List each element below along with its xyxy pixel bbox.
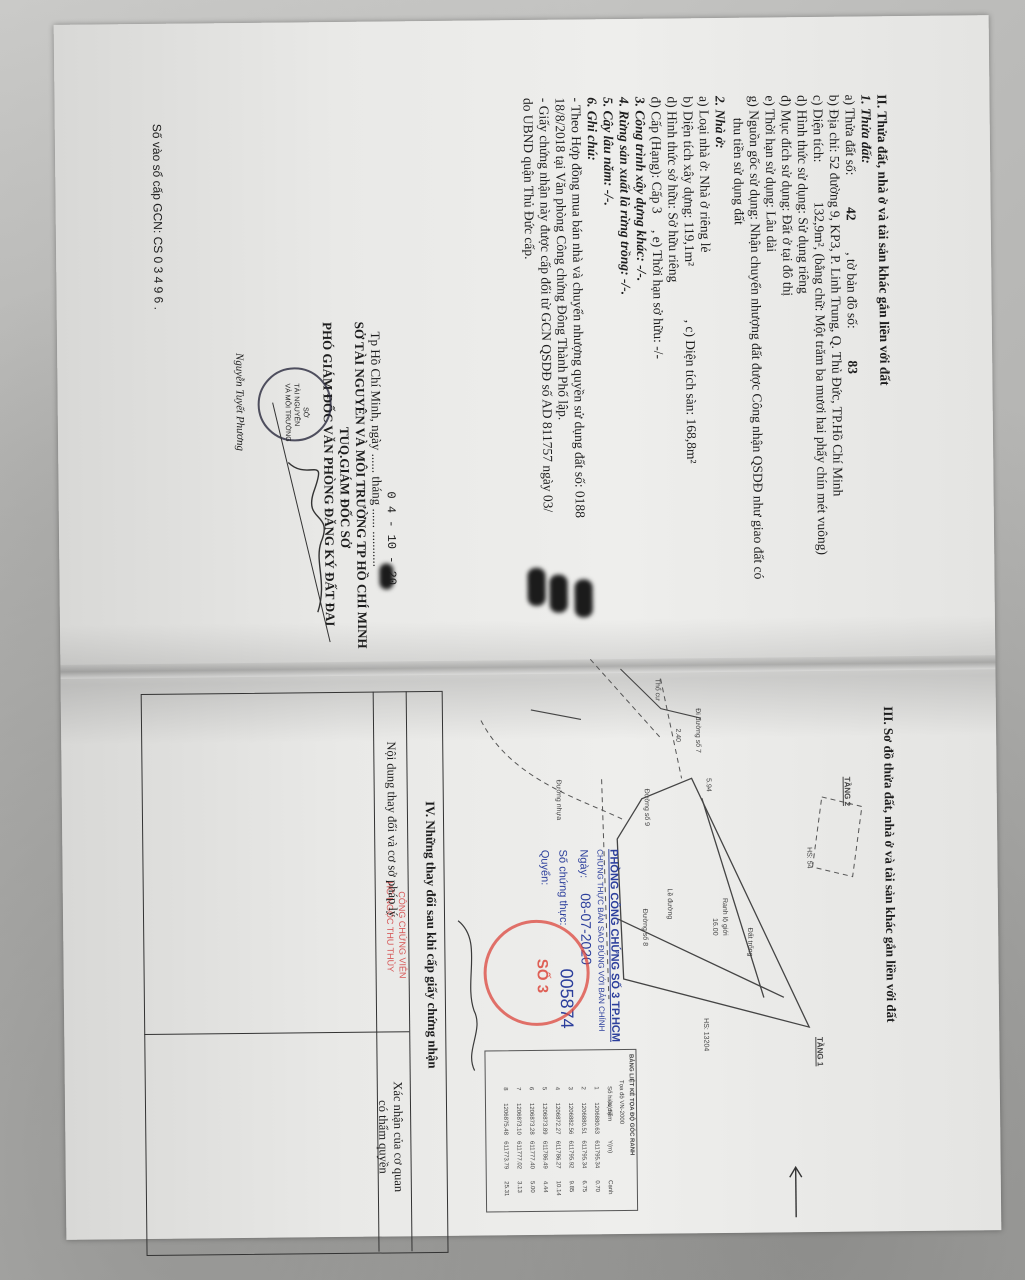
col-confirm-line-2: có thẩm quyền [375,1081,391,1192]
col-confirm-header: Xác nhận của cơ quan có thẩm quyền [375,1081,406,1192]
certificate-paper: II. Thửa đất, nhà ở và tài sản khác gắn … [54,15,1002,1240]
col-confirm-line-1: Xác nhận của cơ quan [390,1081,406,1192]
section-iv-title: IV. Những thay đổi sau khi cấp giấy chứn… [422,801,441,1069]
col-changes-header: Nội dung thay đổi và cơ sở pháp lý [383,741,401,917]
